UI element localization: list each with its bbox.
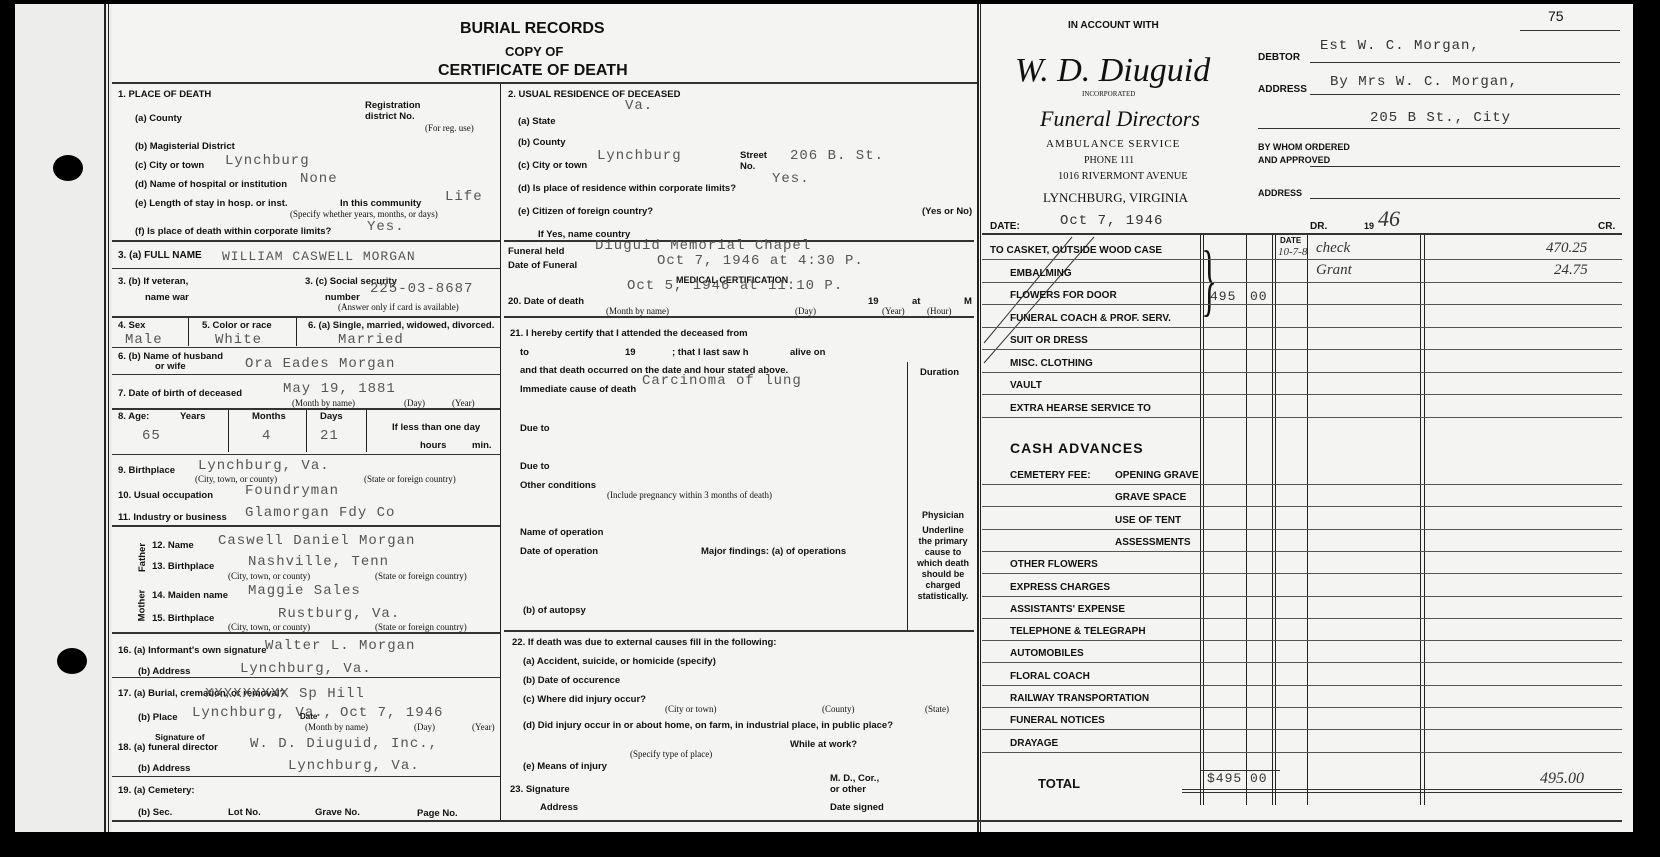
certify-last-saw: ; that I last saw h: [672, 347, 749, 358]
debtor-label: DEBTOR: [1258, 52, 1300, 63]
date-column-label: DATE: [1280, 236, 1301, 245]
frame-left: [104, 4, 106, 832]
funeral-held-value: Diuguid Memorial Chapel: [595, 238, 811, 254]
cash-advance-label: OTHER FLOWERS: [1010, 559, 1098, 570]
rule: [112, 240, 500, 242]
death-day-hint: (Day): [795, 306, 816, 316]
rule: [1182, 792, 1622, 793]
cemetery-fee-label: CEMETERY FEE:: [1010, 470, 1091, 481]
header-copy-of: COPY OF: [505, 44, 563, 59]
major-findings-label: Major findings: (a) of operations: [701, 546, 846, 557]
signature-address-label: Address: [540, 802, 578, 813]
mother-side-label: Mother: [136, 590, 147, 622]
residence-heading: 2. USUAL RESIDENCE OF DECEASED: [508, 89, 680, 100]
spouse-value: Ora Eades Morgan: [245, 356, 395, 372]
father-state-hint: (State or foreign country): [375, 571, 467, 581]
age-days-value: 21: [320, 428, 339, 444]
rule: [982, 349, 1622, 350]
rule: [982, 259, 1622, 260]
death-m-label: M: [964, 296, 972, 307]
hospital-label: (d) Name of hospital or institution: [135, 179, 287, 190]
rule: [982, 707, 1622, 708]
death-hour-hint: (Hour): [927, 306, 952, 316]
certify-line-1: 21. I hereby certify that I attended the…: [510, 328, 748, 339]
rule: [112, 776, 500, 777]
age-years-label: Years: [180, 411, 205, 422]
ordered-label-1: BY WHOM ORDERED: [1258, 142, 1350, 152]
certify-19: 19: [625, 347, 636, 358]
rule: [982, 394, 1622, 395]
director-address-value: Lynchburg, Va.: [288, 758, 420, 774]
residence-county-label: (b) County: [518, 137, 566, 148]
rule: [366, 410, 367, 452]
birthplace-label: 9. Birthplace: [118, 465, 175, 476]
dob-year-hint: (Year): [452, 398, 475, 408]
cash-advance-label: TELEPHONE & TELEGRAPH: [1010, 626, 1146, 637]
physician-note: Physician Underline the primary cause to…: [912, 510, 974, 602]
ambulance-service: AMBULANCE SERVICE: [1046, 138, 1180, 150]
debtor-address-value-1: By Mrs W. C. Morgan,: [1330, 74, 1518, 90]
physician-note-line: which death: [912, 558, 974, 569]
incorporated-label: INCORPORATED: [1082, 90, 1135, 98]
rule: [907, 362, 908, 630]
informant-value: Walter L. Morgan: [265, 638, 415, 654]
name-war-label: name war: [145, 292, 189, 303]
street-label: Street: [740, 150, 767, 161]
rule: [982, 372, 1622, 373]
charge-item-label: FUNERAL COACH & PROF. SERV.: [1010, 313, 1171, 324]
rule: [982, 662, 1622, 663]
duration-label: Duration: [920, 367, 959, 378]
total-credit-handwritten: 495.00: [1540, 770, 1584, 788]
external-causes-heading: 22. If death was due to external causes …: [512, 637, 776, 648]
rule: [1310, 166, 1620, 167]
certify-alive: alive on: [790, 347, 825, 358]
death-month-hint: (Month by name): [606, 306, 669, 316]
cash-advance-label: OPENING GRAVE: [1115, 470, 1199, 481]
age-months-value: 4: [262, 428, 271, 444]
funeral-date-value: Oct 7, 1946 at 4:30 P.: [657, 253, 864, 269]
burial-place-label: (b) Place: [138, 712, 178, 723]
page-label: Page No.: [417, 808, 458, 819]
debtor-value: Est W. C. Morgan,: [1320, 38, 1480, 54]
rule: [112, 454, 500, 455]
father-birthplace-label: 13. Birthplace: [152, 561, 214, 572]
brace-icon: }: [1202, 240, 1217, 320]
certificate-column-divider: [500, 84, 501, 822]
lot-label: Lot No.: [228, 807, 261, 818]
dob-day-hint: (Day): [404, 398, 425, 408]
ordered-label-2: AND APPROVED: [1258, 155, 1330, 165]
rule: [982, 573, 1622, 574]
mother-maiden-label: 14. Maiden name: [152, 590, 228, 601]
death-city-value: Lynchburg: [225, 153, 310, 169]
county-label: (a) County: [135, 113, 182, 124]
rule: [112, 374, 500, 375]
community-value: Life: [445, 189, 483, 205]
death-date-label: 20. Date of death: [508, 296, 584, 307]
sex-label: 4. Sex: [118, 320, 145, 331]
rule: [982, 685, 1622, 686]
informant-label: 16. (a) Informant's own signature: [118, 645, 266, 656]
birthplace-state-hint: (State or foreign country): [364, 474, 456, 484]
burial-year-hint: (Year): [472, 722, 495, 732]
punch-hole-bottom: [57, 648, 87, 674]
cash-advance-label: ASSISTANTS' EXPENSE: [1010, 604, 1125, 615]
rule: [1258, 128, 1620, 129]
md-label-1: M. D., Cor.,: [830, 773, 879, 784]
informant-address-label: (b) Address: [138, 666, 190, 677]
registration-label: Registration: [365, 100, 420, 111]
occupation-value: Foundryman: [245, 483, 339, 499]
dr-label: DR.: [1310, 221, 1327, 232]
due-to-label-1: Due to: [520, 423, 550, 434]
signature-label: 23. Signature: [510, 784, 570, 795]
company-city: LYNCHBURG, VIRGINIA: [1043, 190, 1188, 206]
year-handwritten: 46: [1378, 206, 1400, 232]
rule: [982, 327, 1622, 328]
physician-note-line: cause to: [912, 547, 974, 558]
autopsy-label: (b) of autopsy: [523, 605, 586, 616]
occurrence-label: (b) Date of occurence: [523, 675, 620, 686]
accident-label: (a) Accident, suicide, or homicide (spec…: [523, 656, 716, 667]
punch-hole-top: [53, 155, 83, 181]
header-burial-records: BURIAL RECORDS: [460, 20, 605, 38]
burial-date-label: Date: [300, 712, 317, 721]
veteran-label: 3. (b) If veteran,: [118, 276, 188, 287]
father-birthplace-value: Nashville, Tenn: [248, 554, 389, 570]
residence-corporate-value: Yes.: [772, 171, 810, 187]
injury-where-label: (c) Where did injury occur?: [523, 694, 646, 705]
dob-month-hint: (Month by name): [292, 398, 355, 408]
hospital-value: None: [300, 171, 338, 187]
injury-state-hint: (State): [925, 704, 949, 714]
residence-corporate-label: (d) Is place of residence within corpora…: [518, 183, 736, 194]
mother-birthplace-value: Rustburg, Va.: [278, 606, 400, 622]
rule: [982, 304, 1622, 305]
rule: [296, 318, 297, 346]
means-label: (e) Means of injury: [523, 761, 607, 772]
burial-month-hint: (Month by name): [305, 722, 368, 732]
mother-birthplace-label: 15. Birthplace: [152, 613, 214, 624]
ledger-col: [1424, 235, 1425, 805]
no-label: No.: [740, 161, 755, 172]
page-number-rule: [1520, 30, 1620, 31]
total-cents: 00: [1250, 771, 1268, 786]
cash-advance-label: GRAVE SPACE: [1115, 492, 1186, 503]
charge-item-label: EMBALMING: [1010, 268, 1072, 279]
father-side-label: Father: [137, 543, 148, 572]
residence-city-value: Lynchburg: [597, 148, 682, 164]
mother-city-hint: (City, town, or county): [228, 622, 310, 632]
death-year-hint: (Year): [882, 306, 905, 316]
death-19-label: 19: [868, 296, 879, 307]
cash-advance-label: DRAYAGE: [1010, 738, 1058, 749]
industry-value: Glamorgan Fdy Co: [245, 505, 395, 521]
rule: [982, 484, 1622, 485]
rule: [112, 525, 500, 527]
death-city-label: (c) City or town: [135, 160, 204, 171]
citizen-label: (e) Citizen of foreign country?: [518, 206, 653, 217]
funeral-directors: Funeral Directors: [1040, 106, 1200, 132]
ssn-note: (Answer only if card is available): [338, 302, 459, 312]
cemetery-label: 19. (a) Cemetery:: [118, 785, 195, 796]
year-prefix: 19: [1364, 221, 1374, 231]
rule: [306, 410, 307, 452]
debtor-address-label: ADDRESS: [1258, 84, 1307, 95]
other-conditions-label: Other conditions: [520, 480, 596, 491]
death-corporate-label: (f) Is place of death within corporate l…: [135, 226, 331, 237]
hours-label: hours: [420, 440, 446, 451]
credit-amount-1: 470.25: [1546, 240, 1587, 257]
cr-label: CR.: [1598, 221, 1615, 232]
date-signed-label: Date signed: [830, 802, 884, 813]
director-label: 18. (a) funeral director: [118, 742, 218, 753]
street-value: 206 B. St.: [790, 148, 884, 164]
cash-advance-label: EXPRESS CHARGES: [1010, 582, 1110, 593]
death-at-label: at: [912, 296, 920, 307]
community-label: In this community: [340, 198, 421, 209]
immediate-cause-value: Carcinoma of lung: [642, 373, 802, 389]
injury-place-label: (d) Did injury occur in or about home, o…: [523, 720, 893, 731]
cash-advance-label: ASSESSMENTS: [1115, 537, 1191, 548]
funeral-held-label: Funeral held: [508, 246, 564, 257]
account-date-value: Oct 7, 1946: [1060, 213, 1163, 229]
ledger-col: [1275, 235, 1276, 805]
pregnancy-note: (Include pregnancy within 3 months of de…: [607, 490, 772, 500]
ssn-value: 225-03-8687: [370, 281, 473, 297]
approver-address-label: ADDRESS: [1258, 188, 1302, 198]
specify-place-hint: (Specify type of place): [630, 749, 712, 759]
dob-value: May 19, 1881: [283, 381, 396, 397]
grave-label: Grave No.: [315, 807, 360, 818]
marital-value: Married: [338, 332, 404, 348]
cash-advance-label: FLORAL COACH: [1010, 671, 1090, 682]
injury-city-hint: (City or town): [665, 704, 717, 714]
company-street: 1016 RIVERMONT AVENUE: [1058, 171, 1188, 182]
rule: [1310, 62, 1620, 63]
while-work-label: While at work?: [790, 739, 857, 750]
district-label: district No.: [365, 111, 415, 122]
immediate-cause-label: Immediate cause of death: [520, 384, 636, 395]
debtor-address-value-2: 205 B St., City: [1370, 110, 1511, 126]
rule: [982, 417, 1622, 418]
yes-no-label: (Yes or No): [922, 206, 972, 217]
rule: [504, 630, 974, 632]
spouse-label-2: or wife: [155, 361, 186, 372]
binding-strip: [15, 4, 112, 832]
charge-item-label: VAULT: [1010, 380, 1042, 391]
specify-note: (Specify whether years, months, or days): [290, 209, 438, 219]
charge-item-label: SUIT OR DRESS: [1010, 335, 1088, 346]
residence-city-label: (c) City or town: [518, 160, 587, 171]
frame-divider: [977, 4, 979, 832]
due-to-label-2: Due to: [520, 461, 550, 472]
ledger-col: [1246, 235, 1247, 805]
death-corporate-value: Yes.: [367, 219, 405, 235]
father-city-hint: (City, town, or county): [228, 571, 310, 581]
rule: [982, 529, 1622, 530]
full-name-label: 3. (a) FULL NAME: [118, 250, 202, 261]
father-name-value: Caswell Daniel Morgan: [218, 533, 415, 549]
burial-date-value: Oct 7, 1946: [340, 705, 443, 721]
for-reg-use-note: (For reg. use): [425, 123, 474, 133]
header-certificate-of-death: CERTIFICATE OF DEATH: [438, 62, 628, 80]
charge-item-cents: 00: [1250, 289, 1268, 304]
cash-advance-label: USE OF TENT: [1115, 515, 1181, 526]
stay-label: (e) Length of stay in hosp. or inst.: [135, 198, 288, 209]
bottom-rule: [112, 820, 1622, 822]
credit-amount-2: 24.75: [1554, 262, 1588, 279]
total-label: TOTAL: [1038, 776, 1080, 791]
rule: [112, 347, 500, 348]
rule: [982, 506, 1622, 507]
frame-divider-inner: [980, 4, 981, 832]
director-label-1: Signature of: [155, 732, 205, 742]
residence-state-value: Va.: [625, 98, 653, 114]
rule: [228, 410, 229, 452]
ledger-col: [1307, 235, 1308, 805]
mother-state-hint: (State or foreign country): [375, 622, 467, 632]
account-date-label: DATE:: [990, 221, 1020, 232]
cash-advances-heading: CASH ADVANCES: [1010, 440, 1144, 456]
rule: [112, 632, 500, 634]
marital-label: 6. (a) Single, married, widowed, divorce…: [308, 320, 494, 331]
age-years-value: 65: [142, 428, 161, 444]
cash-advance-label: RAILWAY TRANSPORTATION: [1010, 693, 1149, 704]
injury-county-hint: (County): [822, 704, 855, 714]
operation-name-label: Name of operation: [520, 527, 603, 538]
charge-item-dollars: 495: [1210, 289, 1236, 304]
rule: [982, 729, 1622, 730]
frame-left-inner: [108, 4, 109, 832]
sec-label: (b) Sec.: [138, 807, 172, 818]
credit-note-1: check: [1316, 240, 1350, 257]
physician-note-line: Underline: [912, 525, 974, 536]
industry-label: 11. Industry or business: [118, 512, 227, 523]
burial-value: XXXXXXXXX Sp Hill: [205, 686, 365, 702]
rule: [982, 596, 1622, 597]
rule: [1182, 789, 1622, 790]
race-value: White: [215, 332, 262, 348]
rule: [112, 677, 500, 678]
rule: [982, 618, 1622, 619]
certify-to: to: [520, 347, 529, 358]
rule: [982, 752, 1622, 753]
total-dollars: $495: [1207, 771, 1242, 786]
full-name-value: WILLIAM CASWELL MORGAN: [222, 249, 416, 264]
magisterial-label: (b) Magisterial District: [135, 141, 235, 152]
sex-value: Male: [125, 332, 163, 348]
rule: [112, 268, 500, 269]
physician-note-line: should be: [912, 569, 974, 580]
birthplace-value: Lynchburg, Va.: [198, 458, 330, 474]
company-name: W. D. Diuguid: [1015, 52, 1210, 90]
min-label: min.: [472, 440, 492, 451]
informant-address-value: Lynchburg, Va.: [240, 661, 372, 677]
page-number: 75: [1548, 8, 1564, 24]
less-than-day-label: If less than one day: [392, 422, 480, 433]
funeral-date-label: Date of Funeral: [508, 260, 577, 271]
rule: [982, 282, 1622, 283]
cash-advance-label: AUTOMOBILES: [1010, 648, 1084, 659]
dob-label: 7. Date of birth of deceased: [118, 388, 242, 399]
occupation-label: 10. Usual occupation: [118, 490, 213, 501]
charge-item-label: TO CASKET, OUTSIDE WOOD CASE: [990, 245, 1162, 256]
father-name-label: 12. Name: [152, 540, 194, 551]
director-value: W. D. Diuguid, Inc.,: [250, 736, 438, 752]
physician-note-line: statistically.: [912, 591, 974, 602]
physician-note-line: charged: [912, 580, 974, 591]
physician-note-line: Physician: [912, 510, 974, 521]
rule: [188, 318, 189, 346]
charge-item-label: EXTRA HEARSE SERVICE TO: [1010, 403, 1151, 414]
rule: [982, 551, 1622, 552]
age-days-label: Days: [320, 411, 343, 422]
mother-maiden-value: Maggie Sales: [248, 583, 361, 599]
death-date-value: Oct 5, 1946 at 11:10 P.: [627, 278, 843, 294]
ledger-col: [1420, 235, 1421, 805]
rule: [1310, 94, 1620, 95]
header-rule: [112, 82, 977, 84]
race-label: 5. Color or race: [202, 320, 272, 331]
residence-state-label: (a) State: [518, 116, 555, 127]
place-of-death-heading: 1. PLACE OF DEATH: [118, 89, 211, 100]
md-label-2: or other: [830, 784, 866, 795]
rule: [1310, 198, 1620, 199]
date-column-handwritten: 10-7-8: [1278, 246, 1307, 258]
rule: [112, 316, 500, 318]
age-label: 8. Age:: [118, 411, 149, 422]
rule: [504, 316, 974, 318]
credit-note-2: Grant: [1316, 262, 1352, 279]
phone: PHONE 111: [1084, 155, 1134, 166]
ledger-col: [1272, 235, 1273, 805]
cash-advance-label: FUNERAL NOTICES: [1010, 715, 1105, 726]
charge-item-label: MISC. CLOTHING: [1010, 358, 1093, 369]
operation-date-label: Date of operation: [520, 546, 598, 557]
director-address-label: (b) Address: [138, 763, 190, 774]
burial-day-hint: (Day): [414, 722, 435, 732]
physician-note-line: the primary: [912, 536, 974, 547]
charge-item-label: FLOWERS FOR DOOR: [1010, 290, 1117, 301]
rule: [982, 640, 1622, 641]
in-account-with: IN ACCOUNT WITH: [1068, 20, 1159, 31]
age-months-label: Months: [252, 411, 286, 422]
